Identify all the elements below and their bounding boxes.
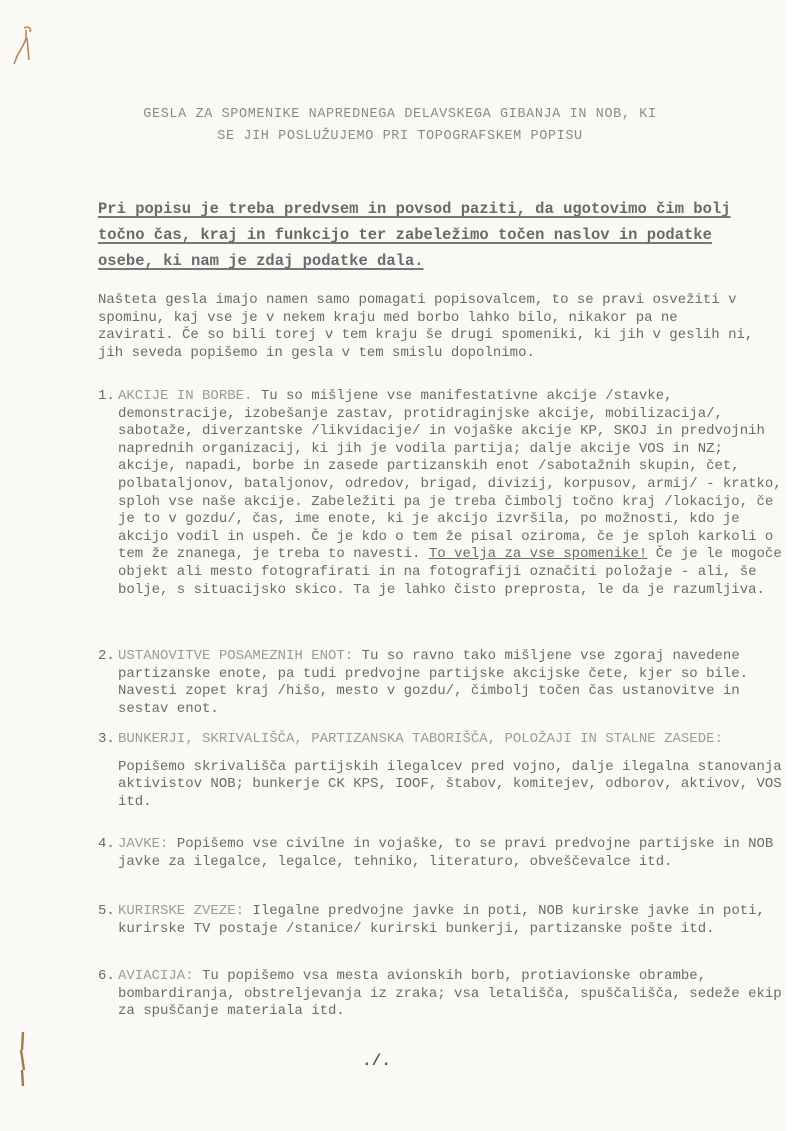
page-edge xyxy=(785,0,800,1131)
title-line-1: GESLA ZA SPOMENIKE NAPREDNEGA DELAVSKEGA… xyxy=(95,104,705,126)
list-item-2: 2. USTANOVITVE POSAMEZNIH ENOT: Tu so ra… xyxy=(98,648,788,718)
item-heading: JAVKE: xyxy=(118,836,168,852)
ink-mark-icon xyxy=(6,24,36,74)
title-line-2: SE JIH POSLUŽUJEMO PRI TOPOGRAFSKEM POPI… xyxy=(95,126,705,148)
item-heading: USTANOVITVE POSAMEZNIH ENOT: xyxy=(118,648,353,664)
document-page: GESLA ZA SPOMENIKE NAPREDNEGA DELAVSKEGA… xyxy=(0,0,786,1131)
item-text: Tu popišemo vsa mesta avionskih borb, pr… xyxy=(118,968,782,1019)
list-item-1: 1. AKCIJE IN BORBE. Tu so mišljene vse m… xyxy=(98,388,788,599)
item-text: Popišemo vse civilne in vojaške, to se p… xyxy=(118,836,773,870)
item-text: Popišemo skrivališča partijskih ilegalce… xyxy=(118,759,788,812)
preamble-paragraph: Našteta gesla imajo namen samo pomagati … xyxy=(98,292,758,362)
item-number: 1. xyxy=(98,388,122,406)
item-number: 4. xyxy=(98,836,122,854)
list-item-3: 3. BUNKERJI, SKRIVALIŠČA, PARTIZANSKA TA… xyxy=(98,731,788,811)
item-heading: AKCIJE IN BORBE. xyxy=(118,388,252,404)
item-heading: BUNKERJI, SKRIVALIŠČA, PARTIZANSKA TABOR… xyxy=(118,731,788,749)
item-text: Tu so mišljene vse manifestativne akcije… xyxy=(118,388,782,562)
item-number: 3. xyxy=(98,731,122,749)
list-item-6: 6. AVIACIJA: Tu popišemo vsa mesta avion… xyxy=(98,968,788,1021)
list-item-4: 4. JAVKE: Popišemo vse civilne in vojašk… xyxy=(98,836,788,871)
list-item-5: 5. KURIRSKE ZVEZE: Ilegalne predvojne ja… xyxy=(98,903,788,938)
item-number: 2. xyxy=(98,648,122,666)
intro-paragraph: Pri popisu je treba predvsem in povsod p… xyxy=(98,196,748,274)
item-heading: KURIRSKE ZVEZE: xyxy=(118,903,244,919)
item-emphasis: To velja za vse spomenike! xyxy=(429,546,647,562)
item-number: 6. xyxy=(98,968,122,986)
ink-mark-icon xyxy=(16,1030,30,1090)
continuation-mark: ./. xyxy=(362,1052,391,1070)
item-number: 5. xyxy=(98,903,122,921)
item-heading: AVIACIJA: xyxy=(118,968,194,984)
intro-text: Pri popisu je treba predvsem in povsod p… xyxy=(98,200,731,270)
document-title: GESLA ZA SPOMENIKE NAPREDNEGA DELAVSKEGA… xyxy=(95,104,705,148)
